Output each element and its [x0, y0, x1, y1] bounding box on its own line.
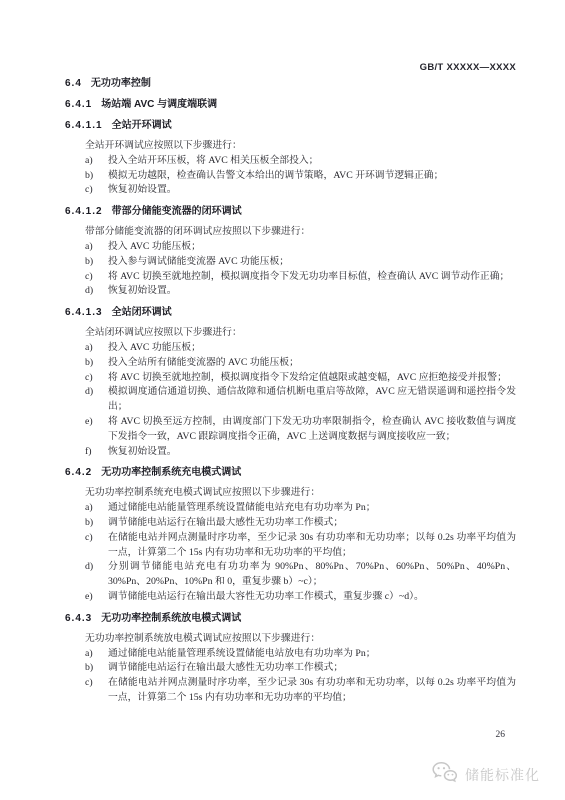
section-heading: 6.4.2无功功率控制系统充电模式调试 [65, 465, 516, 480]
list-item-text: 投入全站开环压板，将 AVC 相关压板全部投入； [108, 154, 516, 169]
list-item: a)通过储能电站能量管理系统设置储能电站放电有功功率为 Pn； [85, 647, 516, 662]
list-item: b)模拟无功越限，检查确认告警文本给出的调节策略，AVC 开环调节逻辑正确； [85, 169, 516, 184]
paragraph: 全站闭环调试应按照以下步骤进行： [65, 326, 516, 341]
heading-title: 全站闭环调试 [112, 307, 172, 318]
step-list: a)投入 AVC 功能压板；b)投入全站所有储能变流器的 AVC 功能压板；c)… [85, 341, 516, 459]
heading-title: 无功功率控制系统放电模式调试 [101, 613, 241, 624]
list-item: c)在储能电站并网点测量时序功率，至少记录 30s 有功功率和无功功率，以每 0… [85, 676, 516, 706]
list-item-label: d) [85, 284, 108, 299]
list-item-text: 恢复初始设置。 [108, 183, 516, 198]
list-item-text: 将 AVC 切换至就地控制，模拟调度指令下发无功功率目标值，检查确认 AVC 调… [108, 270, 516, 285]
wechat-icon [430, 760, 460, 789]
heading-title: 场站端 AVC 与调度端联调 [101, 99, 217, 110]
section-heading: 6.4.3无功功率控制系统放电模式调试 [65, 611, 516, 626]
section-heading: 6.4.1.2带部分储能变流器的闭环调试 [65, 204, 516, 219]
list-item: a)投入 AVC 功能压板； [85, 240, 516, 255]
list-item-label: b) [85, 356, 108, 371]
section-heading: 6.4.1.3全站闭环调试 [65, 305, 516, 320]
list-item: a)投入全站开环压板，将 AVC 相关压板全部投入； [85, 154, 516, 169]
list-item-label: a) [85, 341, 108, 356]
list-item: b)投入全站所有储能变流器的 AVC 功能压板； [85, 356, 516, 371]
heading-number: 6.4.1.1 [65, 120, 103, 131]
list-item: b)投入参与调试储能变流器 AVC 功能压板； [85, 255, 516, 270]
list-item-text: 投入全站所有储能变流器的 AVC 功能压板； [108, 356, 516, 371]
list-item-text: 投入 AVC 功能压板； [108, 240, 516, 255]
list-item-label: c) [85, 531, 108, 561]
list-item-text: 将 AVC 切换至远方控制，由调度部门下发无功功率限制指令，检查确认 AVC 接… [108, 415, 516, 445]
list-item-label: d) [85, 560, 108, 590]
paragraph: 带部分储能变流器的闭环调试应按照以下步骤进行： [65, 225, 516, 240]
list-item-label: b) [85, 661, 108, 676]
list-item-label: c) [85, 183, 108, 198]
page-number: 26 [496, 730, 506, 740]
list-item-text: 模拟调度通信通道切换、通信故障和通信机断电重启等故障，AVC 应无错误遥调和遥控… [108, 385, 516, 415]
list-item-text: 将 AVC 切换至就地控制，模拟调度指令下发给定值越限或越变幅，AVC 应拒绝接… [108, 371, 516, 386]
section-heading: 6.4无功功率控制 [65, 76, 516, 91]
list-item-text: 投入 AVC 功能压板； [108, 341, 516, 356]
list-item: b)调节储能电站运行在输出最大感性无功功率工作模式； [85, 661, 516, 676]
list-item-label: a) [85, 154, 108, 169]
list-item-label: e) [85, 590, 108, 605]
list-item-text: 在储能电站并网点测量时序功率，至少记录 30s 有功功率和无功功率；以每 0.2… [108, 531, 516, 561]
section-heading: 6.4.1.1全站开环调试 [65, 118, 516, 133]
section-heading: 6.4.1场站端 AVC 与调度端联调 [65, 97, 516, 112]
list-item-label: b) [85, 255, 108, 270]
list-item: e)将 AVC 切换至远方控制，由调度部门下发无功功率限制指令，检查确认 AVC… [85, 415, 516, 445]
list-item-label: c) [85, 270, 108, 285]
list-item-label: f) [85, 445, 108, 460]
list-item-text: 调节储能电站运行在输出最大感性无功功率工作模式； [108, 661, 516, 676]
list-item-label: a) [85, 647, 108, 662]
heading-number: 6.4.1.2 [65, 206, 103, 217]
watermark-label: 储能标准化 [465, 765, 540, 785]
list-item-label: a) [85, 501, 108, 516]
list-item-text: 通过储能电站能量管理系统设置储能电站放电有功功率为 Pn； [108, 647, 516, 662]
list-item-text: 通过储能电站能量管理系统设置储能电站充电有功功率为 Pn； [108, 501, 516, 516]
watermark: 储能标准化 [430, 760, 540, 789]
list-item: d)模拟调度通信通道切换、通信故障和通信机断电重启等故障，AVC 应无错误遥调和… [85, 385, 516, 415]
list-item: c)将 AVC 切换至就地控制，模拟调度指令下发无功功率目标值，检查确认 AVC… [85, 270, 516, 285]
heading-number: 6.4.1.3 [65, 307, 103, 318]
list-item: c)将 AVC 切换至就地控制，模拟调度指令下发给定值越限或越变幅，AVC 应拒… [85, 371, 516, 386]
list-item-label: b) [85, 516, 108, 531]
list-item: f)恢复初始设置。 [85, 445, 516, 460]
list-item-label: a) [85, 240, 108, 255]
step-list: a)投入 AVC 功能压板；b)投入参与调试储能变流器 AVC 功能压板；c)将… [85, 240, 516, 299]
list-item-text: 模拟无功越限，检查确认告警文本给出的调节策略，AVC 开环调节逻辑正确； [108, 169, 516, 184]
list-item: c)在储能电站并网点测量时序功率，至少记录 30s 有功功率和无功功率；以每 0… [85, 531, 516, 561]
list-item: a)投入 AVC 功能压板； [85, 341, 516, 356]
list-item-text: 恢复初始设置。 [108, 445, 516, 460]
step-list: a)通过储能电站能量管理系统设置储能电站充电有功功率为 Pn；b)调节储能电站运… [85, 501, 516, 605]
document-content: 6.4无功功率控制6.4.1场站端 AVC 与调度端联调6.4.1.1全站开环调… [65, 70, 516, 706]
list-item-label: c) [85, 371, 108, 386]
list-item-text: 在储能电站并网点测量时序功率，至少记录 30s 有功功率和无功功率，以每 0.2… [108, 676, 516, 706]
heading-title: 无功功率控制系统充电模式调试 [101, 467, 241, 478]
heading-title: 全站开环调试 [112, 120, 172, 131]
paragraph: 无功功率控制系统放电模式调试应按照以下步骤进行： [65, 632, 516, 647]
list-item-text: 分别调节储能电站充电有功功率为 90%Pn、80%Pn、70%Pn、60%Pn、… [108, 560, 516, 590]
paragraph: 全站开环调试应按照以下步骤进行： [65, 139, 516, 154]
list-item: d)恢复初始设置。 [85, 284, 516, 299]
list-item: b)调节储能电站运行在输出最大感性无功功率工作模式； [85, 516, 516, 531]
list-item: a)通过储能电站能量管理系统设置储能电站充电有功功率为 Pn； [85, 501, 516, 516]
list-item-label: c) [85, 676, 108, 706]
list-item: d)分别调节储能电站充电有功功率为 90%Pn、80%Pn、70%Pn、60%P… [85, 560, 516, 590]
heading-title: 无功功率控制 [91, 78, 151, 89]
list-item-text: 调节储能电站运行在输出最大容性无功功率工作模式，重复步骤 c）~d）。 [108, 590, 516, 605]
list-item-text: 恢复初始设置。 [108, 284, 516, 299]
heading-number: 6.4.3 [65, 613, 92, 624]
step-list: a)投入全站开环压板，将 AVC 相关压板全部投入；b)模拟无功越限，检查确认告… [85, 154, 516, 198]
paragraph: 无功功率控制系统充电模式调试应按照以下步骤进行： [65, 486, 516, 501]
heading-title: 带部分储能变流器的闭环调试 [112, 206, 242, 217]
heading-number: 6.4.1 [65, 99, 92, 110]
document-page: GB/T XXXXX—XXXX 6.4无功功率控制6.4.1场站端 AVC 与调… [0, 0, 565, 800]
list-item-label: d) [85, 385, 108, 415]
list-item-text: 调节储能电站运行在输出最大感性无功功率工作模式； [108, 516, 516, 531]
list-item-label: e) [85, 415, 108, 445]
list-item: c)恢复初始设置。 [85, 183, 516, 198]
heading-number: 6.4.2 [65, 467, 92, 478]
list-item: e)调节储能电站运行在输出最大容性无功功率工作模式，重复步骤 c）~d）。 [85, 590, 516, 605]
list-item-label: b) [85, 169, 108, 184]
heading-number: 6.4 [65, 78, 82, 89]
list-item-text: 投入参与调试储能变流器 AVC 功能压板； [108, 255, 516, 270]
step-list: a)通过储能电站能量管理系统设置储能电站放电有功功率为 Pn；b)调节储能电站运… [85, 647, 516, 706]
